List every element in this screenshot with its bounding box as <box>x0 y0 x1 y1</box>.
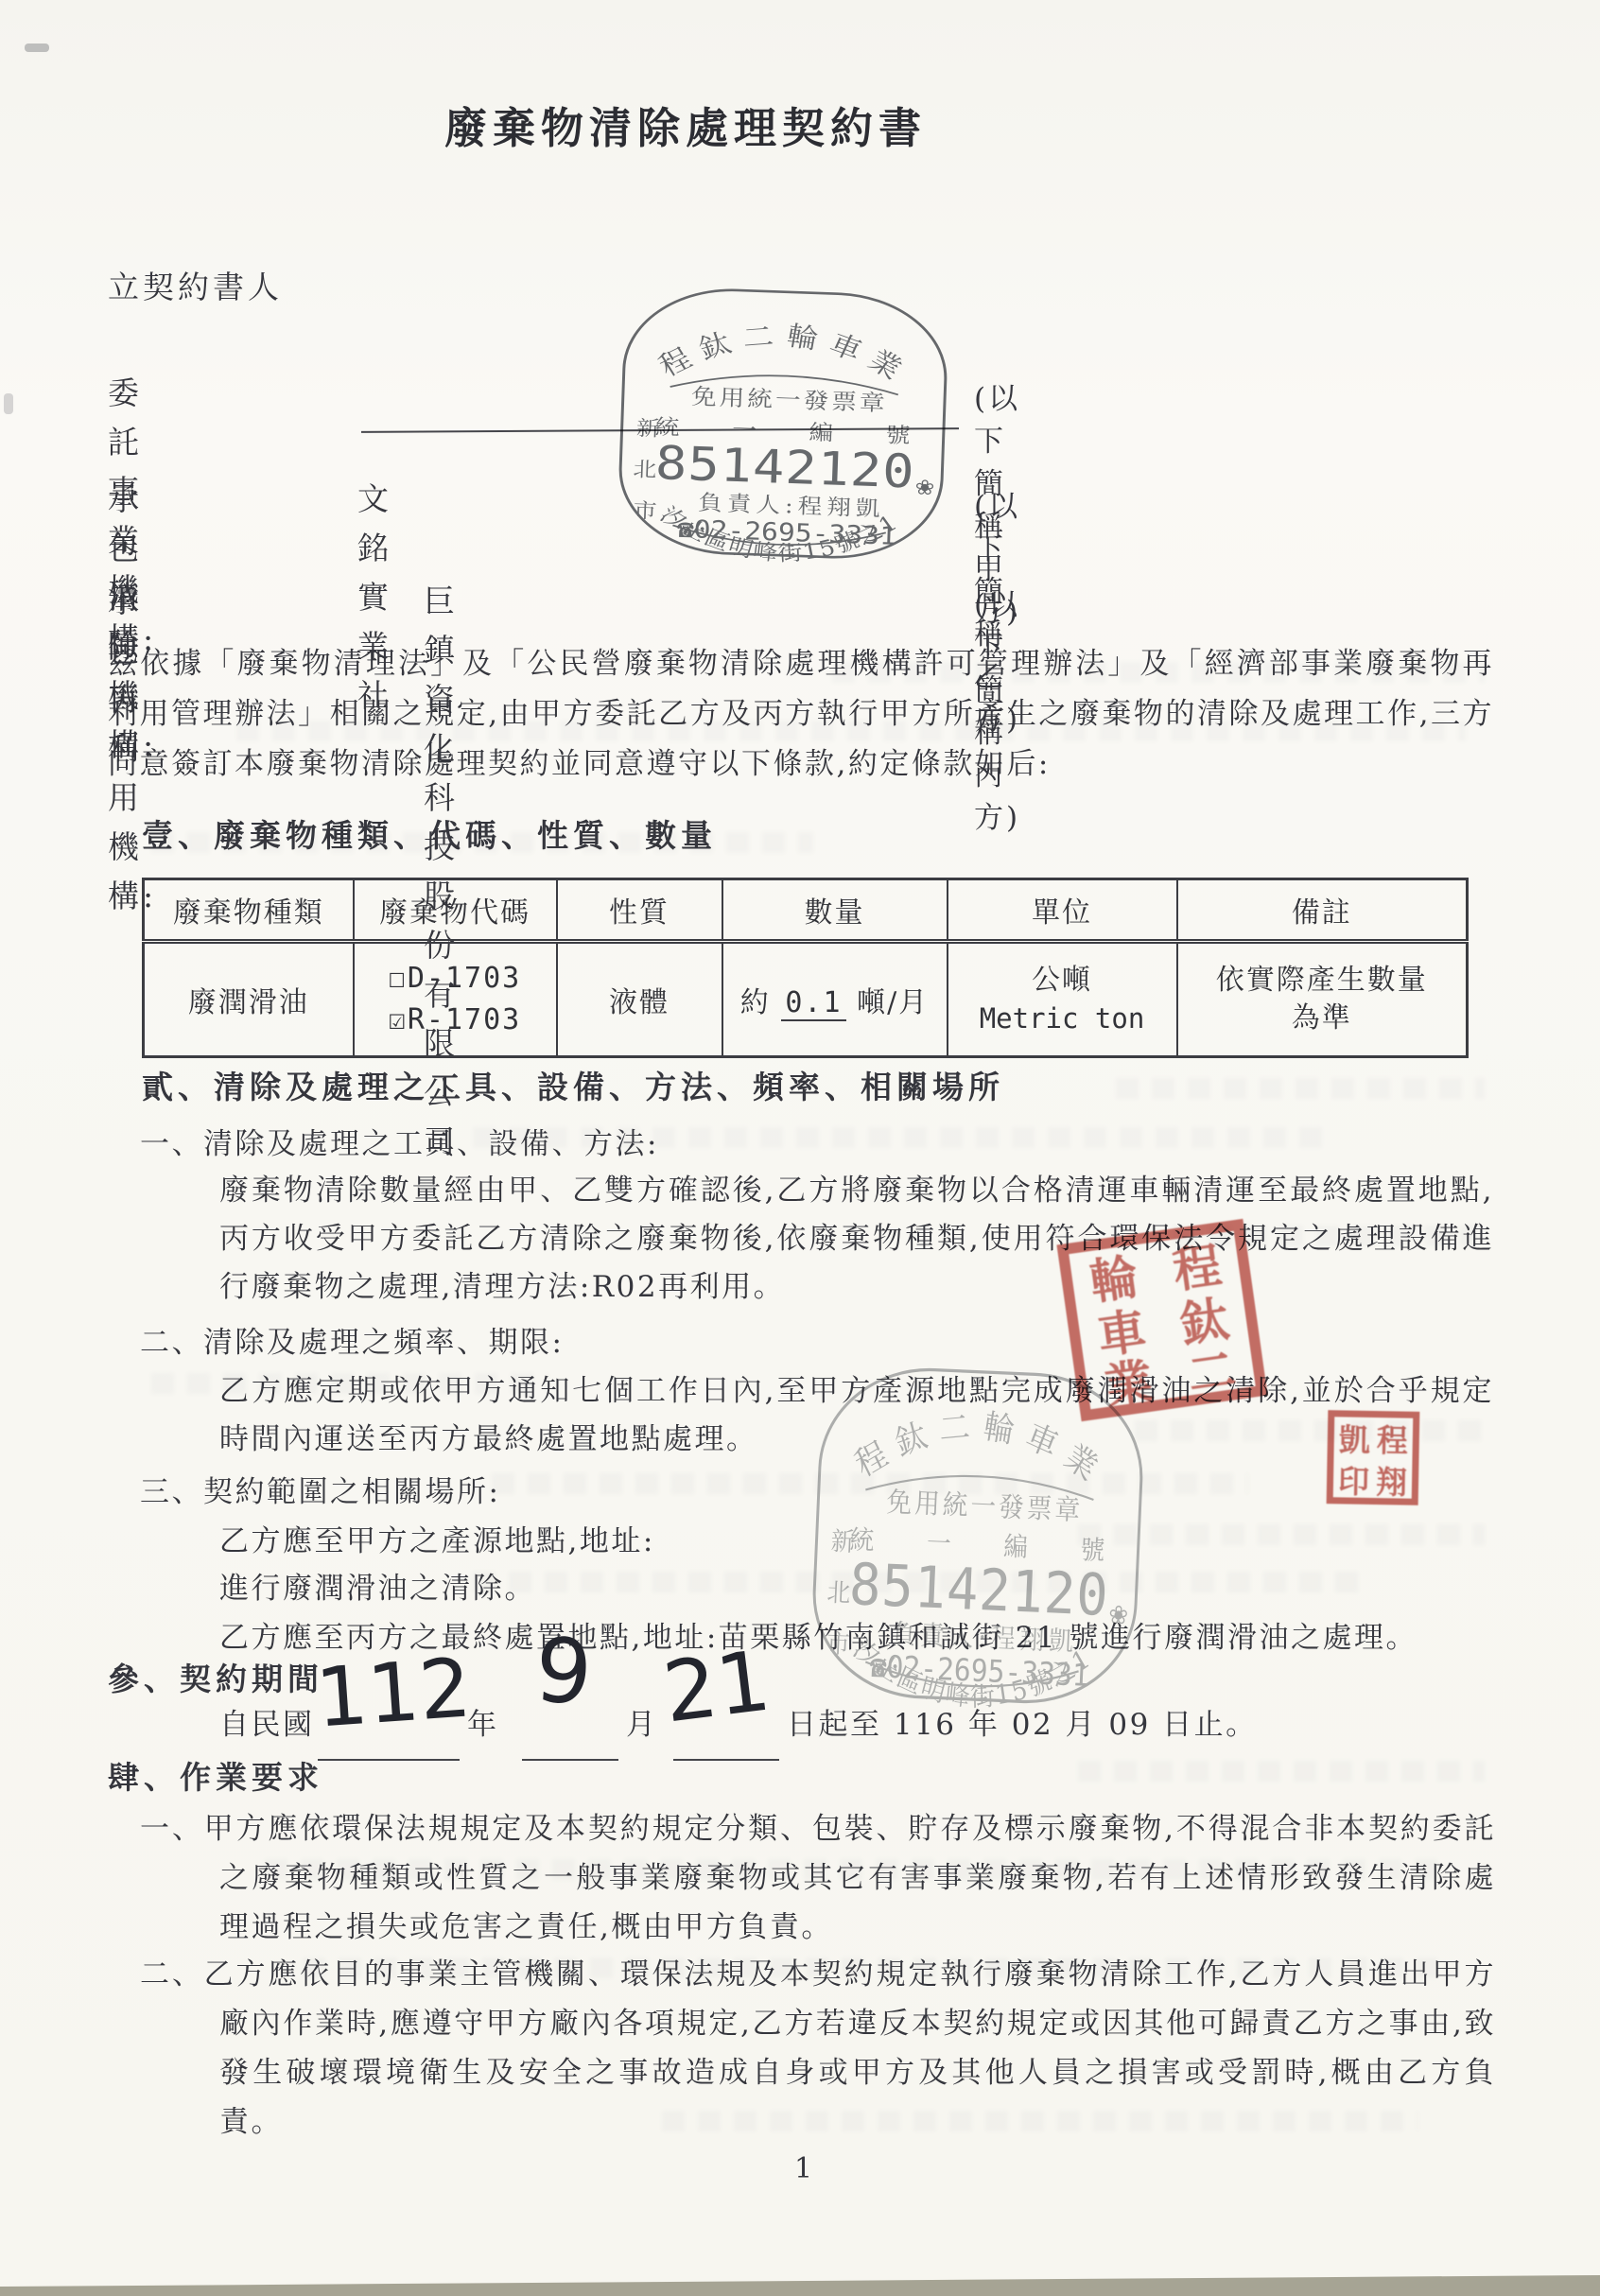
section-2-item-2-title: 二、清除及處理之頻率、期限: <box>140 1318 564 1367</box>
note-line2: 為準 <box>1178 1000 1467 1037</box>
scanned-contract-page: 廢棄物清除處理契約書 立契約書人 委託事業機構: (以下簡稱甲方) 承包清除機構… <box>0 0 1600 2296</box>
section-2-heading: 貳、清除及處理之工具、設備、方法、頻率、相關場所 <box>142 1063 1004 1112</box>
seal-char: 輪 <box>1087 1248 1141 1310</box>
scan-speck <box>4 393 13 414</box>
waste-spec-table: 廢棄物種類 廢棄物代碼 性質 數量 單位 備註 廢潤滑油 ☐D-1703 ☑R-… <box>142 878 1469 1058</box>
code-label: D-1703 <box>408 962 521 995</box>
col-header-nature: 性質 <box>557 879 722 942</box>
month-underline <box>522 1759 618 1761</box>
cell-waste-type: 廢潤滑油 <box>144 942 354 1057</box>
period-prefix: 自民國 <box>219 1700 315 1749</box>
col-header-quantity: 數量 <box>722 879 948 942</box>
stamp-city-char: 北 <box>826 1578 851 1609</box>
cell-quantity: 約 0.1 噸/月 <box>722 942 948 1057</box>
parties-intro-label: 立契約書人 <box>108 263 283 312</box>
section-4-item-2: 二、乙方應依目的事業主管機關、環保法規及本契約規定執行廢棄物清除工作,乙方人員進… <box>140 1950 1496 2147</box>
year-unit: 年 <box>467 1700 499 1749</box>
month-unit: 月 <box>626 1700 658 1749</box>
note-line1: 依實際產生數量 <box>1178 962 1467 1000</box>
scan-speck <box>25 43 49 52</box>
stamp-city-char: 市 <box>633 498 657 523</box>
qty-prefix: 約 <box>740 986 771 1019</box>
section-4-item-1: 一、甲方應依環保法規規定及本契約規定分類、包裝、貯存及標示廢棄物,不得混合非本契… <box>140 1804 1496 1952</box>
qty-value: 0.1 <box>781 986 845 1021</box>
cell-waste-code: ☐D-1703 ☑R-1703 <box>354 942 557 1057</box>
seal-char: 程 <box>1376 1422 1408 1460</box>
flower-mark-icon: ❀ <box>914 476 935 500</box>
company-square-seal: 程 鈦 二 輪 車 業 <box>1052 1215 1271 1426</box>
checkbox-unchecked-icon: ☐ <box>389 962 408 995</box>
bleedthrough-row <box>1116 1078 1485 1099</box>
stamp-exempt-line: 免用統一發票章 <box>886 1486 1084 1526</box>
qty-suffix: 噸/月 <box>857 986 929 1019</box>
section-2-item-3-line2: 進行廢潤滑油之清除。 <box>219 1564 536 1613</box>
bleedthrough-row <box>1078 1761 1485 1782</box>
handwritten-year: 112 <box>313 1647 474 1739</box>
cell-nature: 液體 <box>557 942 722 1057</box>
col-header-waste-type: 廢棄物種類 <box>144 879 354 942</box>
item-marker: 二、 <box>140 1957 204 1992</box>
handwritten-day: 21 <box>659 1640 774 1735</box>
year-underline <box>318 1759 460 1761</box>
code-label: R-1703 <box>408 1003 521 1036</box>
section-4-heading: 肆、作業要求 <box>108 1753 323 1802</box>
stamp-company-name-arc: 程鈦二輪車業 <box>848 1401 1116 1496</box>
seal-char: 凱 <box>1338 1421 1370 1459</box>
col-header-note: 備註 <box>1177 879 1468 942</box>
stamp-city-char: 北 <box>633 458 657 482</box>
item-text: 乙方應依目的事業主管機關、環保法規及本契約規定執行廢棄物清除工作,乙方人員進出甲… <box>204 1957 1496 2139</box>
stamp-uid-number: 85142120 <box>654 437 915 499</box>
page-number: 1 <box>794 2145 815 2194</box>
stamp-city-char: 市 <box>826 1629 850 1660</box>
table-row: 廢潤滑油 ☐D-1703 ☑R-1703 液體 約 0.1 噸/月 公噸 Met… <box>144 942 1468 1057</box>
section-1-heading: 壹、廢棄物種類、代碼、性質、數量 <box>142 811 717 861</box>
stamp-uid-number: 85142120 <box>848 1551 1110 1629</box>
company-invoice-stamp: 程鈦二輪車業 免用統一發票章 新 北 市 統 一 編 號 85142120 ❀ … <box>610 278 956 569</box>
stamp-exempt-line: 免用統一發票章 <box>691 384 888 416</box>
unit-zh: 公噸 <box>948 962 1176 1000</box>
seal-char: 二 <box>1184 1341 1239 1402</box>
page-title: 廢棄物清除處理契約書 <box>416 104 955 153</box>
cell-note: 依實際產生數量 為準 <box>1177 942 1468 1057</box>
seal-char: 印 <box>1338 1463 1370 1501</box>
section-2-item-3-line1: 乙方應至甲方之產源地點,地址: <box>219 1517 655 1566</box>
day-underline <box>673 1759 779 1761</box>
personal-name-seal: 程 翔 凱 印 <box>1325 1408 1421 1507</box>
stamp-company-name-arc: 程鈦二輪車業 <box>652 315 919 391</box>
section-2-item-1-title: 一、清除及處理之工具、設備、方法: <box>140 1120 659 1169</box>
section-2-item-3-title: 三、契約範圍之相關場所: <box>140 1468 500 1517</box>
table-header-row: 廢棄物種類 廢棄物代碼 性質 數量 單位 備註 <box>144 879 1468 942</box>
code-option-r1703: ☑R-1703 <box>355 1000 556 1041</box>
code-option-d1703: ☐D-1703 <box>355 958 556 1000</box>
unit-en: Metric ton <box>948 1000 1176 1037</box>
checkbox-checked-icon: ☑ <box>389 1003 408 1036</box>
seal-char: 業 <box>1102 1353 1157 1415</box>
section-2-item-1-body: 廢棄物清除數量經由甲、乙雙方確認後,乙方將廢棄物以合格清運車輛清運至最終處置地點… <box>219 1167 1494 1312</box>
seal-char: 翔 <box>1376 1464 1408 1502</box>
section-3-heading: 參、契約期間 <box>108 1655 323 1704</box>
col-header-waste-code: 廢棄物代碼 <box>354 879 557 942</box>
preamble-paragraph: 兹依據「廢棄物清理法」及「公民營廢棄物清除處理機構許可管理辦法」及「經濟部事業廢… <box>108 639 1494 790</box>
item-text: 甲方應依環保法規規定及本契約規定分類、包裝、貯存及標示廢棄物,不得混合非本契約委… <box>204 1812 1496 1944</box>
cell-unit: 公噸 Metric ton <box>948 942 1177 1057</box>
flower-mark-icon: ❀ <box>1108 1601 1129 1631</box>
item-marker: 一、 <box>140 1812 204 1846</box>
col-header-unit: 單位 <box>948 879 1177 942</box>
handwritten-month: 9 <box>532 1626 595 1719</box>
seal-char: 程 <box>1170 1237 1226 1299</box>
